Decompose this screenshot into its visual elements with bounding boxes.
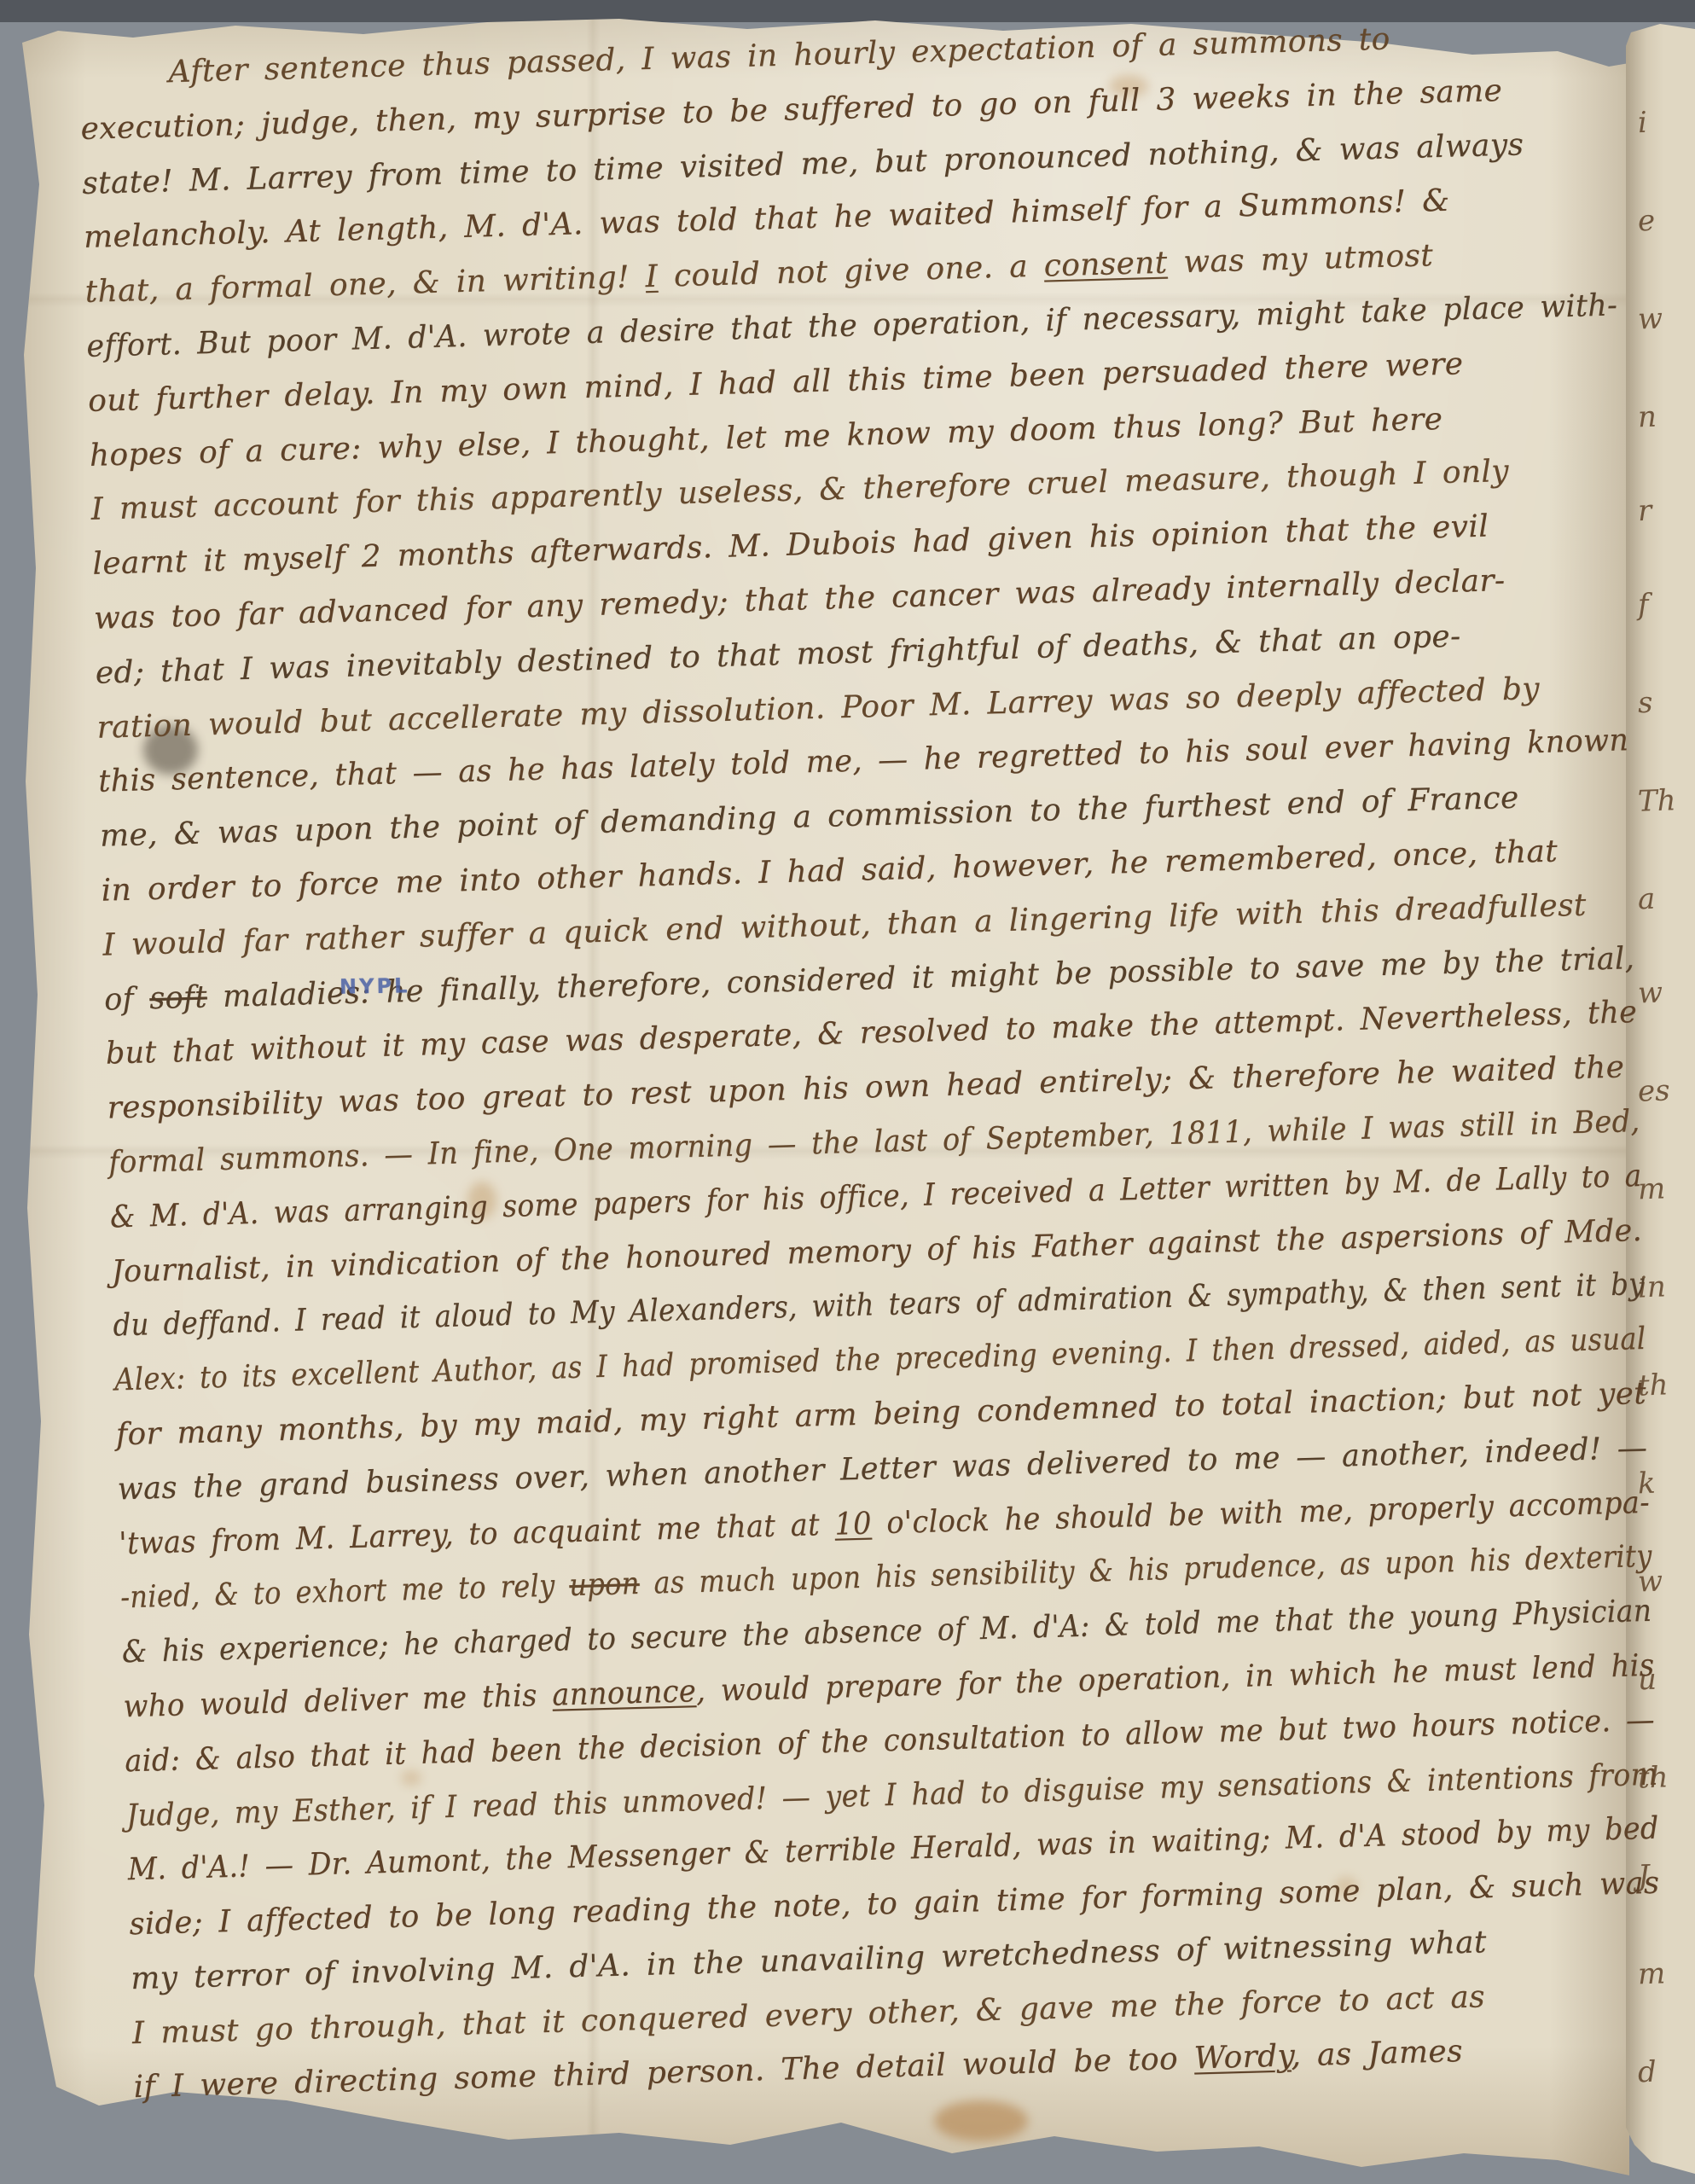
manuscript-lines: After sentence thus passed, I was in hou… [78, 6, 1669, 2115]
scanned-letter-page: { "page": { "background_color": "#868c93… [0, 0, 1695, 2184]
handwriting-fragment: e [1637, 204, 1656, 239]
handwriting-fragment: Th [1637, 783, 1676, 819]
handwriting-fragment: w [1637, 302, 1663, 337]
handwriting-fragment: s [1637, 686, 1653, 721]
handwriting-fragment: w [1637, 976, 1663, 1011]
handwriting-fragment: f [1637, 588, 1649, 622]
nypl-stamp: NYPL [340, 973, 410, 998]
handwriting-fragment: i [1637, 106, 1647, 140]
paper-stain [934, 2100, 1028, 2141]
handwriting-fragment: n [1637, 400, 1657, 435]
handwriting-fragment: a [1637, 882, 1656, 917]
handwriting-fragment: r [1637, 494, 1652, 529]
